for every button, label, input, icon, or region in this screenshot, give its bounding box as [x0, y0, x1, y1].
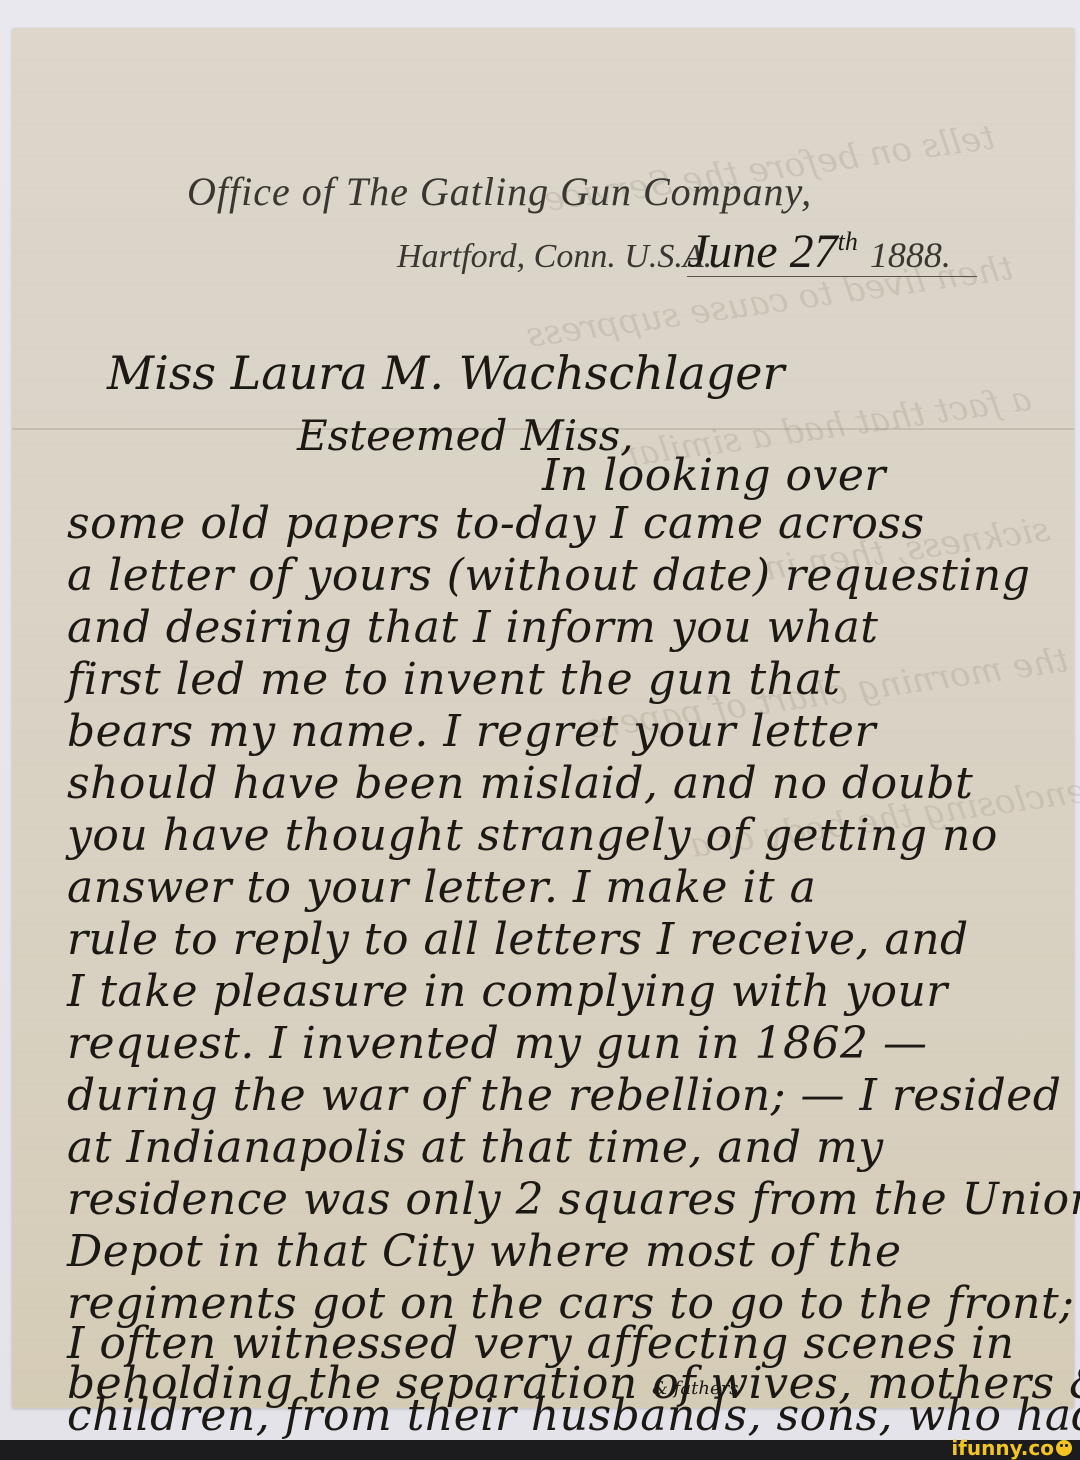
letterhead-company: Office of The Gatling Gun Company, — [187, 168, 812, 215]
body-line: rule to reply to all letters I receive, … — [67, 914, 969, 965]
body-line: some old papers to-day I came across — [67, 498, 925, 549]
body-line: first led me to invent the gun that — [67, 654, 840, 705]
letterhead-location: Hartford, Conn. U.S.A. — [397, 238, 712, 276]
date-month-day: June 27 — [687, 225, 838, 278]
date-year: 1888. — [870, 235, 951, 275]
body-line: I take pleasure in complying with your — [67, 966, 948, 1017]
photo-stage: tells on before the Service then lived t… — [0, 0, 1080, 1460]
ifunny-watermark: ifunny.co — [951, 1436, 1072, 1460]
recipient-name: Miss Laura M. Wachschlager — [107, 346, 785, 400]
body-line: you have thought strangely of getting no — [67, 810, 998, 861]
body-line: answer to your letter. I make it a — [67, 862, 816, 913]
watermark-bar — [0, 1440, 1080, 1460]
body-line: In looking over — [542, 450, 886, 501]
date-suffix: th — [838, 227, 858, 256]
date-underline — [687, 276, 977, 277]
body-line: Depot in that City where most of the — [67, 1226, 902, 1277]
body-line: at Indianapolis at that time, and my — [67, 1122, 884, 1173]
body-line: a letter of yours (without date) request… — [67, 550, 1030, 601]
letter-paper: tells on before the Service then lived t… — [12, 28, 1074, 1408]
body-line: request. I invented my gun in 1862 — — [67, 1018, 928, 1069]
body-line: residence was only 2 squares from the Un… — [67, 1174, 1080, 1225]
body-line: should have been mislaid, and no doubt — [67, 758, 973, 809]
smiley-icon — [1056, 1440, 1072, 1456]
interlinear-insert: & fathers — [652, 1378, 738, 1399]
body-line: and desiring that I inform you what — [67, 602, 878, 653]
letter-date: June 27th 1888. — [687, 224, 951, 279]
body-line: children, from their husbands, sons, who… — [67, 1390, 1080, 1441]
body-line: bears my name. I regret your letter — [67, 706, 876, 757]
watermark-text: ifunny.co — [951, 1436, 1054, 1460]
body-line: during the war of the rebellion; — I res… — [67, 1070, 1061, 1121]
